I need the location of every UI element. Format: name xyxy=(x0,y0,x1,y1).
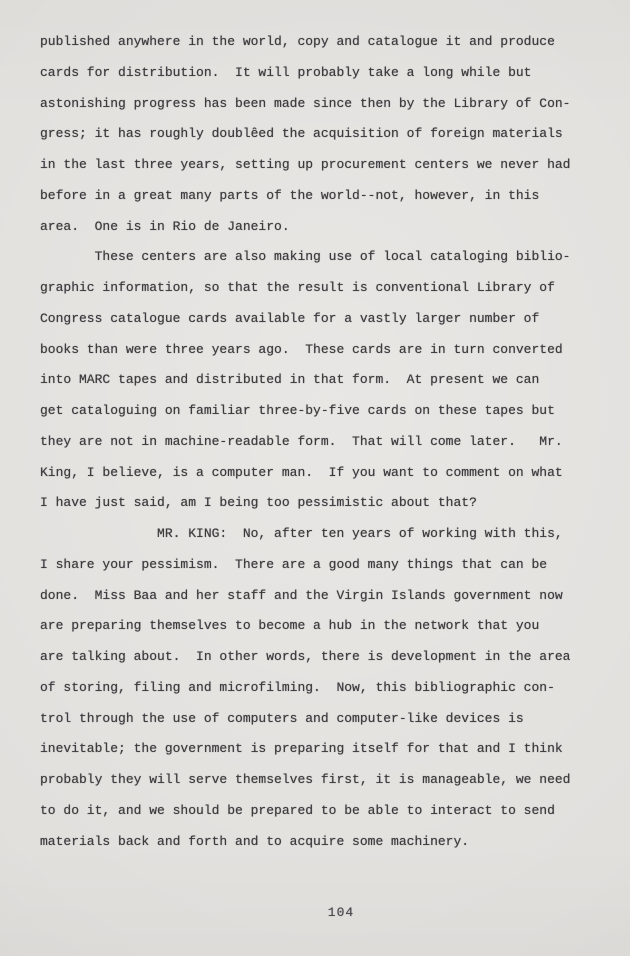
text-line: King, I believe, is a computer man. If y… xyxy=(40,458,600,489)
text-line: books than were three years ago. These c… xyxy=(40,335,600,366)
text-line: to do it, and we should be prepared to b… xyxy=(40,796,600,827)
typewritten-text: published anywhere in the world, copy an… xyxy=(40,27,600,857)
text-line: gress; it has roughly doublȇed the acqui… xyxy=(40,119,600,150)
text-line: of storing, filing and microfilming. Now… xyxy=(40,673,600,704)
text-line: I have just said, am I being too pessimi… xyxy=(40,488,600,519)
text-line: MR. KING: No, after ten years of working… xyxy=(40,519,600,550)
text-line: probably they will serve themselves firs… xyxy=(40,765,600,796)
text-line: These centers are also making use of loc… xyxy=(40,242,600,273)
text-line: graphic information, so that the result … xyxy=(40,273,600,304)
text-line: get cataloguing on familiar three-by-fiv… xyxy=(40,396,600,427)
text-line: I share your pessimism. There are a good… xyxy=(40,550,600,581)
text-line: published anywhere in the world, copy an… xyxy=(40,27,600,58)
text-line: Congress catalogue cards available for a… xyxy=(40,304,600,335)
text-line: before in a great many parts of the worl… xyxy=(40,181,600,212)
text-line: are preparing themselves to become a hub… xyxy=(40,611,600,642)
text-line: into MARC tapes and distributed in that … xyxy=(40,365,600,396)
text-line: done. Miss Baa and her staff and the Vir… xyxy=(40,581,600,612)
page-number: 104 xyxy=(26,903,630,923)
text-line: materials back and forth and to acquire … xyxy=(40,827,600,858)
text-line: are talking about. In other words, there… xyxy=(40,642,600,673)
text-line: inevitable; the government is preparing … xyxy=(40,734,600,765)
text-line: trol through the use of computers and co… xyxy=(40,704,600,735)
text-line: cards for distribution. It will probably… xyxy=(40,58,600,89)
text-line: astonishing progress has been made since… xyxy=(40,89,600,120)
text-line: area. One is in Rio de Janeiro. xyxy=(40,212,600,243)
scanned-page: published anywhere in the world, copy an… xyxy=(0,0,630,956)
text-line: in the last three years, setting up proc… xyxy=(40,150,600,181)
text-line: they are not in machine-readable form. T… xyxy=(40,427,600,458)
